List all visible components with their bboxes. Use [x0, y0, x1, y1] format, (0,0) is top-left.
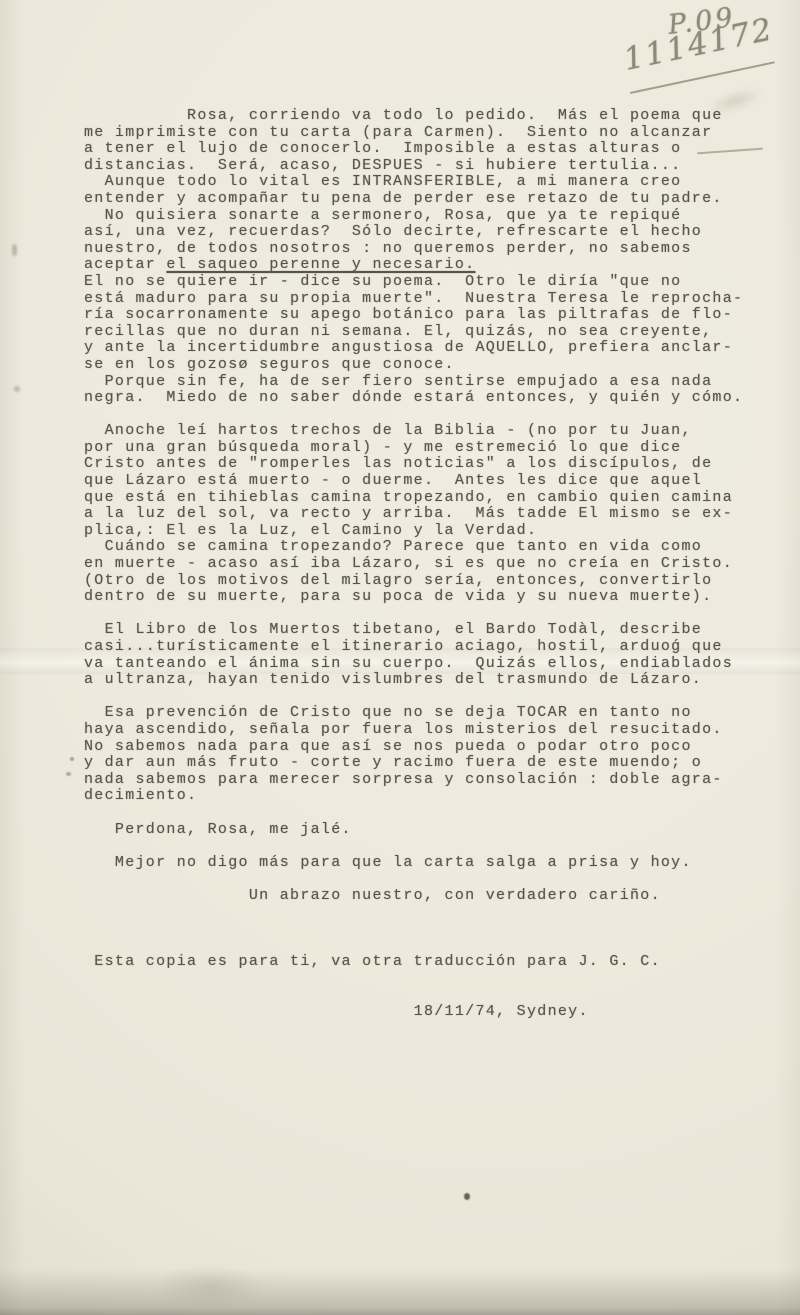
text-line: plica,: El es la Luz, el Camino y la Ver… — [84, 523, 764, 540]
text-line — [84, 838, 764, 855]
ink-speck — [66, 772, 71, 776]
text-line: nada sabemos para merecer sorpresa y con… — [84, 772, 764, 789]
text-line: me imprimiste con tu carta (para Carmen)… — [84, 125, 764, 142]
ink-speck — [70, 757, 74, 761]
text-line — [84, 921, 764, 938]
text-line: así, una vez, recuerdas? Sólo decirte, r… — [84, 224, 764, 241]
text-line: y ante la incertidumbre angustiosa de AQ… — [84, 340, 764, 357]
text-line — [84, 689, 764, 706]
text-line — [84, 871, 764, 888]
text-line: distancias. Será, acaso, DESPUES - si hu… — [84, 158, 764, 175]
text-line: dentro de su muerte, para su poca de vid… — [84, 589, 764, 606]
text-line: El Libro de los Muertos tibetano, el Bar… — [84, 622, 764, 639]
text-line — [84, 938, 764, 955]
text-line: Esa prevención de Cristo que no se deja … — [84, 705, 764, 722]
text-line — [84, 905, 764, 922]
letter-body: Rosa, corriendo va todo lo pedido. Más e… — [84, 108, 764, 1021]
text-line: entender y acompañar tu pena de perder e… — [84, 191, 764, 208]
letter-page: P.09 1114172 Rosa, corriendo va todo lo … — [0, 0, 800, 1315]
text-line: 18/11/74, Sydney. — [84, 1004, 764, 1021]
text-line: Cuándo se camina tropezando? Parece que … — [84, 539, 764, 556]
text-line: decimiento. — [84, 788, 764, 805]
text-segment: aceptar — [84, 256, 166, 273]
underlined-phrase: el saqueo perenne y necesario. — [166, 256, 475, 273]
text-line: y dar aun más fruto - corte y racimo fue… — [84, 755, 764, 772]
text-line: a la luz del sol, va recto y arriba. Más… — [84, 506, 764, 523]
text-line: Perdona, Rosa, me jalé. — [84, 822, 764, 839]
text-line: que Lázaro está muerto - o duerme. Antes… — [84, 473, 764, 490]
text-line: (Otro de los motivos del milagro sería, … — [84, 573, 764, 590]
ink-speck — [464, 1193, 470, 1200]
text-line: haya ascendido, señala por fuera los mis… — [84, 722, 764, 739]
text-line: No quisiera sonarte a sermonero, Rosa, q… — [84, 208, 764, 225]
text-line: Porque sin fe, ha de ser fiero sentirse … — [84, 374, 764, 391]
text-line: a ultranza, hayan tenido vislumbres del … — [84, 672, 764, 689]
text-line: Mejor no digo más para que la carta salg… — [84, 855, 764, 872]
paper-smudge — [12, 244, 17, 256]
text-line: El no se quiere ir - dice su poema. Otro… — [84, 274, 764, 291]
text-line: por una gran búsqueda moral) - y me estr… — [84, 440, 764, 457]
text-line — [84, 606, 764, 623]
text-line: Un abrazo nuestro, con verdadero cariño. — [84, 888, 764, 905]
text-line: aceptar el saqueo perenne y necesario. — [84, 257, 764, 274]
text-line: Esta copia es para ti, va otra traducció… — [84, 954, 764, 971]
text-line: se en los gozosø seguros que conoce. — [84, 357, 764, 374]
text-line: va tanteando el ánima sin su cuerpo. Qui… — [84, 656, 764, 673]
text-line: No sabemos nada para que así se nos pued… — [84, 739, 764, 756]
text-line: está maduro para su propia muerte". Nues… — [84, 291, 764, 308]
text-line: en muerte - acaso así iba Lázaro, si es … — [84, 556, 764, 573]
text-line: a tener el lujo de conocerlo. Imposible … — [84, 141, 764, 158]
text-line: casi...turísticamente el itinerario acia… — [84, 639, 764, 656]
text-line: ría socarronamente su apego botánico par… — [84, 307, 764, 324]
text-line: Aunque todo lo vital es INTRANSFERIBLE, … — [84, 174, 764, 191]
text-line — [84, 805, 764, 822]
paper-smudge — [14, 386, 20, 392]
text-line: Rosa, corriendo va todo lo pedido. Más e… — [84, 108, 764, 125]
text-line — [84, 971, 764, 988]
text-line: negra. Miedo de no saber dónde estará en… — [84, 390, 764, 407]
text-line: que está en tihieblas camina tropezando,… — [84, 490, 764, 507]
text-line: Anoche leí hartos trechos de la Biblia -… — [84, 423, 764, 440]
text-line: Cristo antes de "romperles las noticias"… — [84, 456, 764, 473]
text-line: recillas que no duran ni semana. El, qui… — [84, 324, 764, 341]
text-line — [84, 407, 764, 424]
text-line: nuestro, de todos nosotros : no queremos… — [84, 241, 764, 258]
text-line — [84, 987, 764, 1004]
paper-smudge — [150, 1262, 270, 1310]
